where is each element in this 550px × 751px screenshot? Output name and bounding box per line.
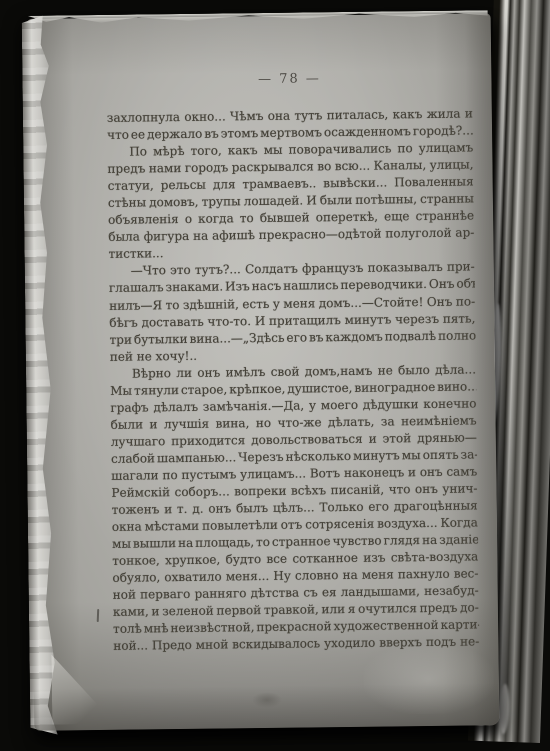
page-edge-highlight: [498, 684, 510, 734]
paper-patch: [363, 643, 494, 715]
ink-mark: [97, 609, 100, 622]
book-page: — 78 — захлопнулаокно...Чѣмъонатутъпитал…: [26, 13, 500, 731]
photo-background: — 78 — захлопнулаокно...Чѣмъонатутъпитал…: [0, 0, 550, 751]
page-text: захлопнулаокно...Чѣмъонатутъпиталась,как…: [107, 105, 480, 655]
page-top-edge: [28, 10, 488, 25]
page-number: — 78 —: [106, 69, 472, 88]
page-deckle-left-edge: [22, 16, 65, 735]
